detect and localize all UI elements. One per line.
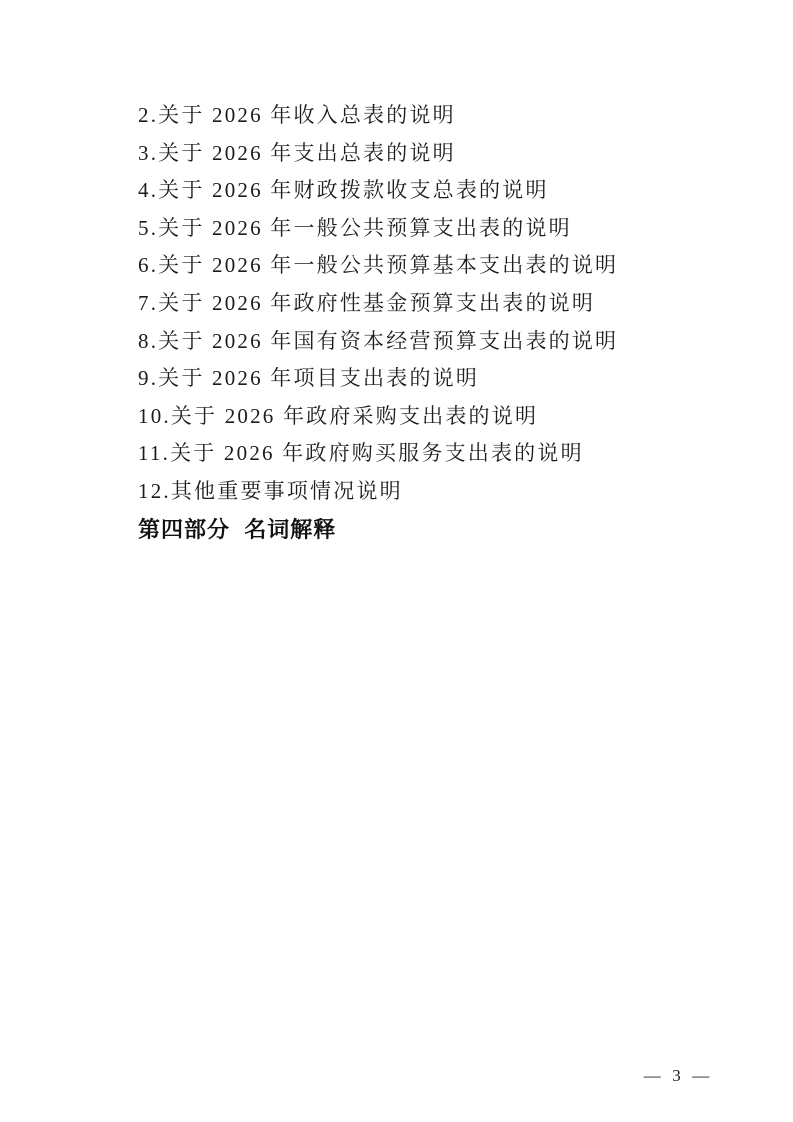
section-heading: 第四部分 名词解释 xyxy=(138,511,733,549)
page-number: — 3 — xyxy=(0,1046,793,1106)
page-number-text: — 3 — xyxy=(644,1066,711,1086)
toc-item: 4.关于 2026 年财政拨款收支总表的说明 xyxy=(138,172,733,210)
toc-item: 7.关于 2026 年政府性基金预算支出表的说明 xyxy=(138,285,733,323)
toc-item: 10.关于 2026 年政府采购支出表的说明 xyxy=(138,398,733,436)
toc-content: 2.关于 2026 年收入总表的说明 3.关于 2026 年支出总表的说明 4.… xyxy=(138,97,733,548)
toc-item: 12.其他重要事项情况说明 xyxy=(138,473,733,511)
toc-item: 8.关于 2026 年国有资本经营预算支出表的说明 xyxy=(138,323,733,361)
document-page: 2.关于 2026 年收入总表的说明 3.关于 2026 年支出总表的说明 4.… xyxy=(0,0,793,1122)
toc-item: 3.关于 2026 年支出总表的说明 xyxy=(138,135,733,173)
toc-item: 6.关于 2026 年一般公共预算基本支出表的说明 xyxy=(138,247,733,285)
toc-item: 5.关于 2026 年一般公共预算支出表的说明 xyxy=(138,210,733,248)
toc-item: 9.关于 2026 年项目支出表的说明 xyxy=(138,360,733,398)
toc-item: 2.关于 2026 年收入总表的说明 xyxy=(138,97,733,135)
toc-item: 11.关于 2026 年政府购买服务支出表的说明 xyxy=(138,435,733,473)
